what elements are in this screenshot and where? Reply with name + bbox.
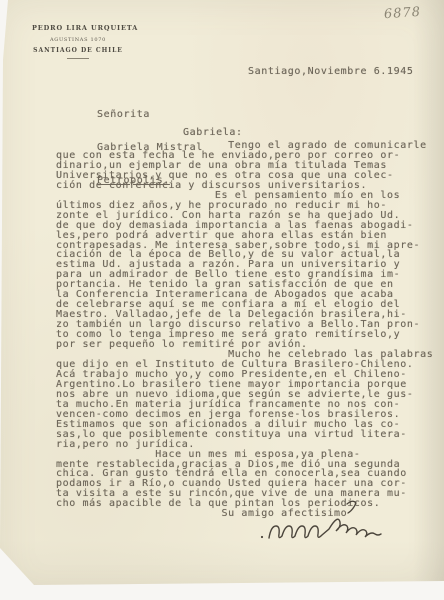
- letterhead-rule: [67, 58, 89, 59]
- letter-paper: PEDRO LIRA URQUIETA AGUSTINAS 1070 SANTI…: [0, 0, 444, 600]
- recipient-title: Señorita: [97, 109, 203, 120]
- signature-flourish: [347, 501, 356, 513]
- greeting: Gabriela:: [183, 127, 243, 138]
- dateline: Santiago,Noviembre 6.1945: [248, 66, 414, 77]
- signature-dot: [261, 536, 263, 538]
- letterhead-city: SANTIAGO DE CHILE: [32, 47, 124, 54]
- archive-number-annotation: 6878: [384, 5, 422, 23]
- letter-body: Tengo el agrado de comunicarle que con e…: [56, 141, 433, 519]
- scanned-letter-page: PEDRO LIRA URQUIETA AGUSTINAS 1070 SANTI…: [0, 0, 444, 600]
- letterhead-address: AGUSTINAS 1070: [32, 37, 124, 43]
- letterhead: PEDRO LIRA URQUIETA AGUSTINAS 1070 SANTI…: [32, 24, 124, 59]
- signature-scrawl: [255, 498, 415, 556]
- letterhead-name: PEDRO LIRA URQUIETA: [32, 24, 124, 32]
- signature-stroke: [269, 519, 381, 538]
